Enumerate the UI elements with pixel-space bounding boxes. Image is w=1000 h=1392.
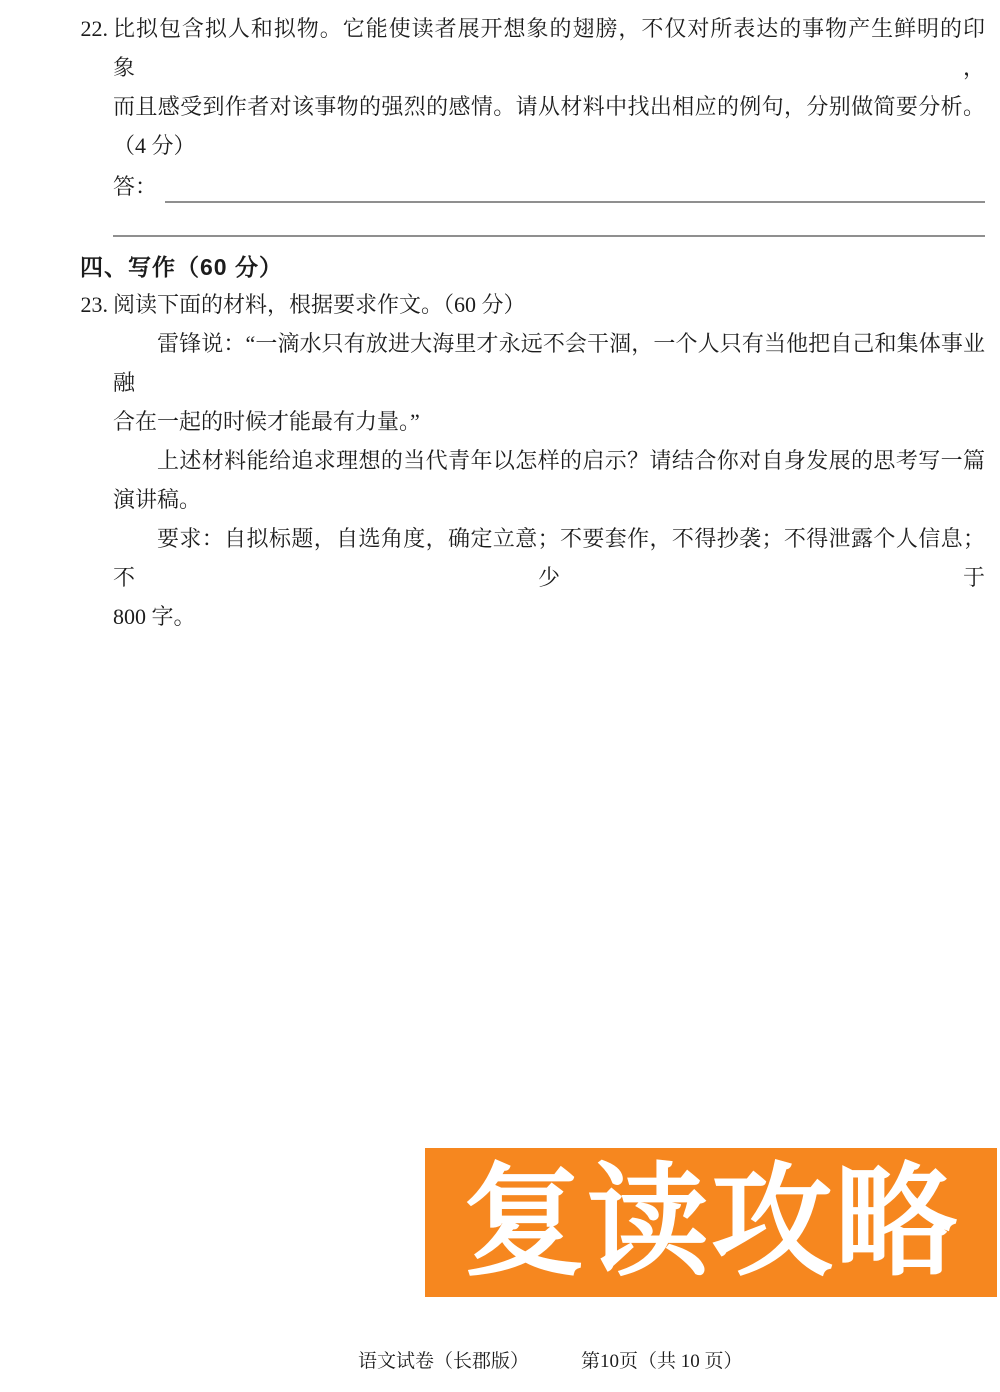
answer-row: 答： bbox=[113, 167, 985, 206]
exam-page: 22. 比拟包含拟人和拟物。它能使读者展开想象的翅膀，不仅对所表达的事物产生鲜明… bbox=[0, 0, 1000, 1392]
page-content: 22. 比拟包含拟人和拟物。它能使读者展开想象的翅膀，不仅对所表达的事物产生鲜明… bbox=[113, 0, 985, 636]
page-footer: 语文试卷（长郡版） 第10页（共 10 页） bbox=[358, 1349, 743, 1375]
question-23: 23. 阅读下面的材料，根据要求作文。（60 分） bbox=[113, 285, 985, 324]
footer-page-number: 第10页（共 10 页） bbox=[581, 1349, 743, 1375]
question-23-quote-line1: 雷锋说：“一滴水只有放进大海里才永远不会干涸，一个人只有当他把自己和集体事业融 bbox=[113, 324, 985, 402]
answer-blank-line-1 bbox=[165, 167, 985, 203]
ad-banner: 复读攻略 bbox=[425, 1148, 997, 1297]
question-22-number: 22. bbox=[81, 9, 114, 48]
answer-label: 答： bbox=[113, 167, 157, 206]
question-23-prompt-line2: 演讲稿。 bbox=[113, 480, 985, 519]
answer-blank-line-2 bbox=[113, 235, 985, 237]
question-22-line1: 比拟包含拟人和拟物。它能使读者展开想象的翅膀，不仅对所表达的事物产生鲜明的印象， bbox=[113, 9, 985, 87]
question-23-prompt-line1: 上述材料能给追求理想的当代青年以怎样的启示？请结合你对自身发展的思考写一篇 bbox=[113, 441, 985, 480]
question-23-requirements-line1: 要求：自拟标题，自选角度，确定立意；不要套作，不得抄袭；不得泄露个人信息；不少于 bbox=[113, 519, 985, 597]
question-22-line2: 而且感受到作者对该事物的强烈的感情。请从材料中找出相应的例句，分别做简要分析。 bbox=[113, 87, 985, 126]
question-23-number: 23. bbox=[81, 285, 114, 324]
ad-banner-text: 复读攻略 bbox=[463, 1148, 959, 1297]
question-22-points: （4 分） bbox=[113, 126, 985, 165]
question-23-intro: 阅读下面的材料，根据要求作文。（60 分） bbox=[113, 285, 985, 324]
section-writing-heading: 四、写作（60 分） bbox=[80, 249, 985, 285]
footer-paper-title: 语文试卷（长郡版） bbox=[358, 1349, 529, 1375]
question-23-requirements-line2: 800 字。 bbox=[113, 597, 985, 636]
question-22: 22. 比拟包含拟人和拟物。它能使读者展开想象的翅膀，不仅对所表达的事物产生鲜明… bbox=[113, 9, 985, 87]
question-23-quote-line2: 合在一起的时候才能最有力量。” bbox=[113, 402, 985, 441]
